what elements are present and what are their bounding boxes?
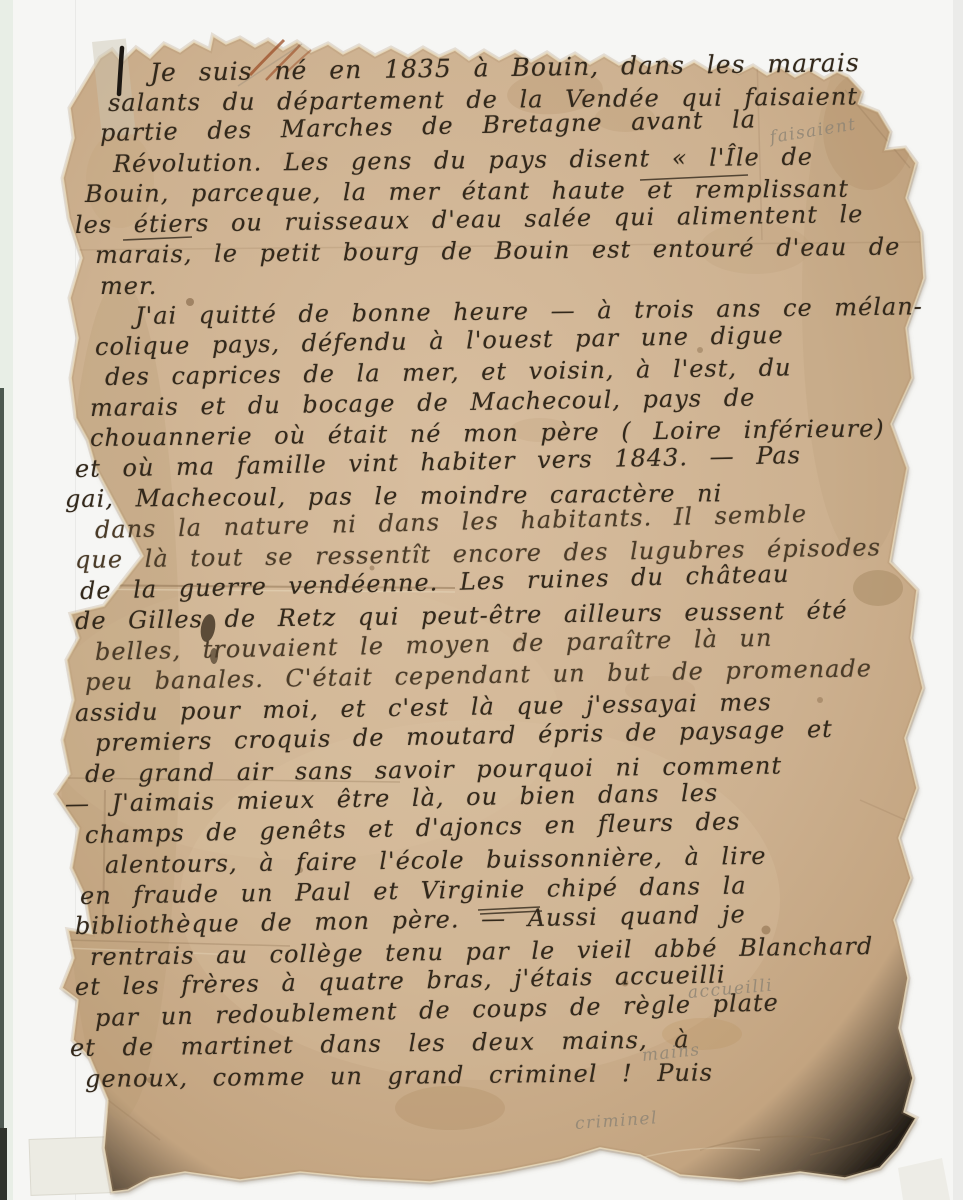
manuscript-line: marais, le petit bourg de Bouin est ento… [95,233,901,269]
manuscript-line: Révolution. Les gens du pays disent « l'… [113,143,813,178]
manuscript-line: Je suis né en 1835 à Bouin, dans les mar… [150,48,860,87]
manuscript-line: genoux, comme un grand criminel ! Puis [85,1058,713,1093]
manuscript-line: J'ai quitté de bonne heure — à trois ans… [135,292,923,330]
manuscript-line: et de martinet dans les deux mains, à [70,1025,690,1062]
manuscript-line: mer. [100,272,157,300]
manuscript-text: Je suis né en 1835 à Bouin, dans les mar… [0,0,963,1200]
